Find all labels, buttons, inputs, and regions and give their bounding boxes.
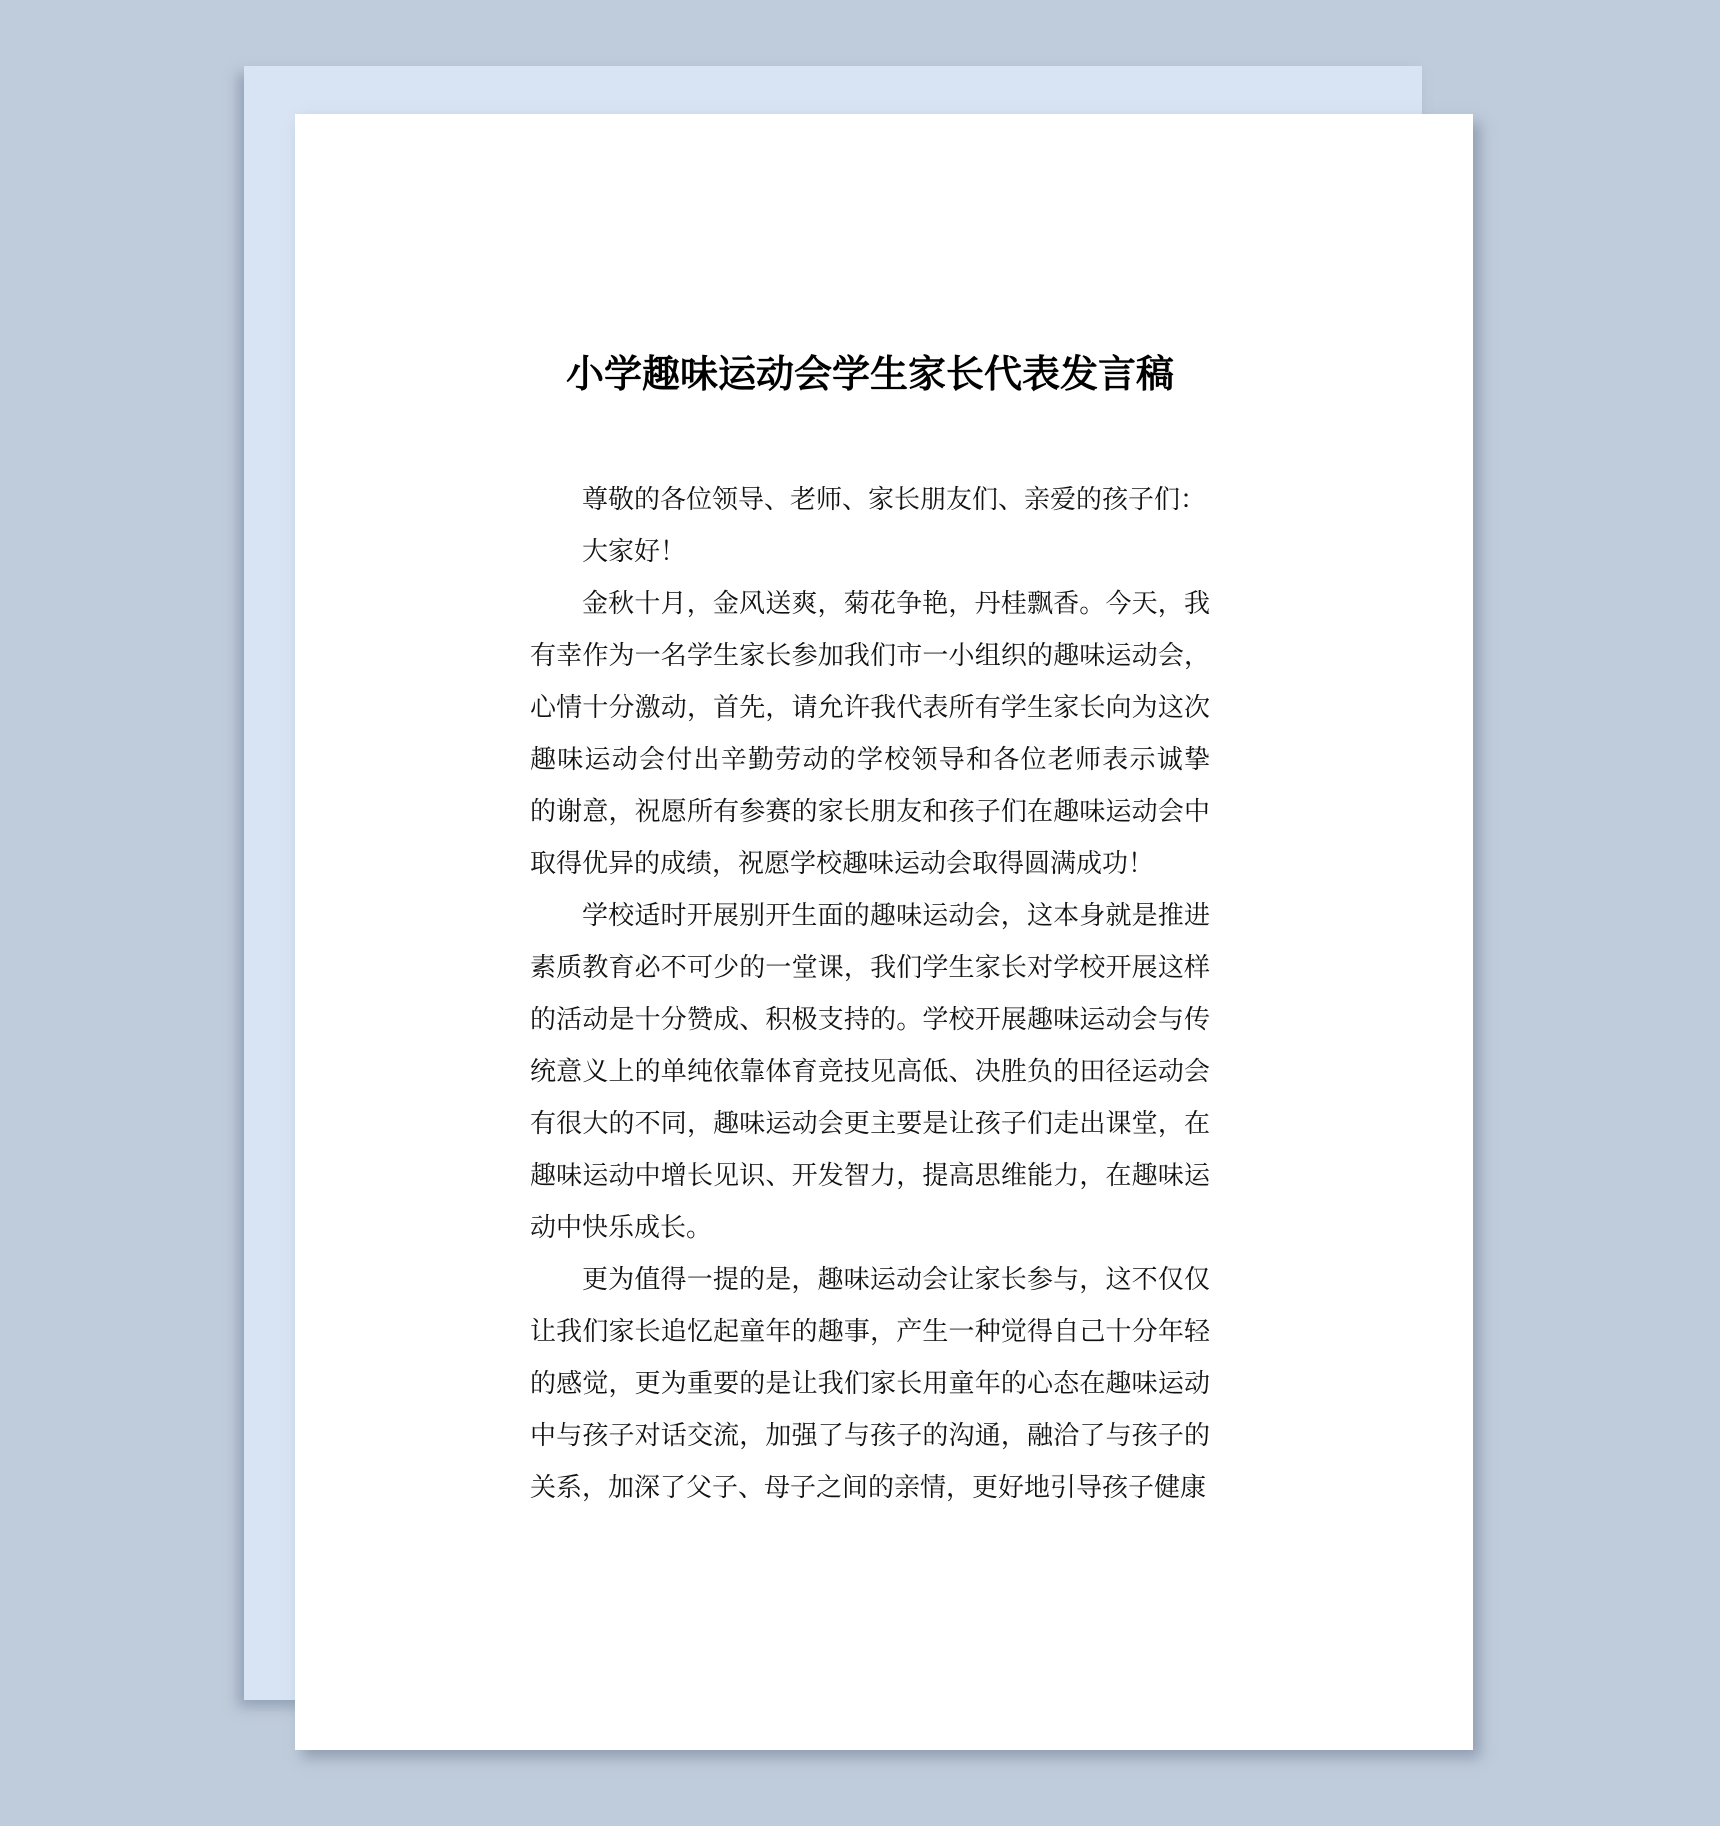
text-line: 动中快乐成长。 bbox=[530, 1202, 1210, 1254]
text-line: 关系，加深了父子、母子之间的亲情，更好地引导孩子健康 bbox=[530, 1462, 1210, 1514]
text-line: 有很大的不同，趣味运动会更主要是让孩子们走出课堂，在 bbox=[530, 1098, 1210, 1150]
text-line: 素质教育必不可少的一堂课，我们学生家长对学校开展这样 bbox=[530, 942, 1210, 994]
text-line: 的活动是十分赞成、积极支持的。学校开展趣味运动会与传 bbox=[530, 994, 1210, 1046]
text-line: 金秋十月，金风送爽，菊花争艳，丹桂飘香。今天，我 bbox=[530, 578, 1210, 630]
text-line: 让我们家长追忆起童年的趣事，产生一种觉得自己十分年轻 bbox=[530, 1306, 1210, 1358]
text-line: 有幸作为一名学生家长参加我们市一小组织的趣味运动会， bbox=[530, 630, 1210, 682]
text-line: 尊敬的各位领导、老师、家长朋友们、亲爱的孩子们： bbox=[530, 474, 1210, 526]
text-line: 大家好！ bbox=[530, 526, 1210, 578]
text-line: 的感觉，更为重要的是让我们家长用童年的心态在趣味运动 bbox=[530, 1358, 1210, 1410]
document-title: 小学趣味运动会学生家长代表发言稿 bbox=[530, 354, 1210, 396]
text-line: 中与孩子对话交流，加强了与孩子的沟通，融洽了与孩子的 bbox=[530, 1410, 1210, 1462]
text-line: 的谢意，祝愿所有参赛的家长朋友和孩子们在趣味运动会中 bbox=[530, 786, 1210, 838]
text-line: 取得优异的成绩，祝愿学校趣味运动会取得圆满成功！ bbox=[530, 838, 1210, 890]
text-line: 心情十分激动，首先，请允许我代表所有学生家长向为这次 bbox=[530, 682, 1210, 734]
text-line: 更为值得一提的是，趣味运动会让家长参与，这不仅仅 bbox=[530, 1254, 1210, 1306]
text-line: 学校适时开展别开生面的趣味运动会，这本身就是推进 bbox=[530, 890, 1210, 942]
text-line: 趣味运动会付出辛勤劳动的学校领导和各位老师表示诚挚 bbox=[530, 734, 1210, 786]
text-line: 统意义上的单纯依靠体育竞技见高低、决胜负的田径运动会 bbox=[530, 1046, 1210, 1098]
text-line: 趣味运动中增长见识、开发智力，提高思维能力，在趣味运 bbox=[530, 1150, 1210, 1202]
document-body: 尊敬的各位领导、老师、家长朋友们、亲爱的孩子们：大家好！金秋十月，金风送爽，菊花… bbox=[530, 474, 1210, 1514]
document-page: 小学趣味运动会学生家长代表发言稿 尊敬的各位领导、老师、家长朋友们、亲爱的孩子们… bbox=[295, 114, 1473, 1750]
workspace-background: 小学趣味运动会学生家长代表发言稿 尊敬的各位领导、老师、家长朋友们、亲爱的孩子们… bbox=[0, 0, 1720, 1826]
